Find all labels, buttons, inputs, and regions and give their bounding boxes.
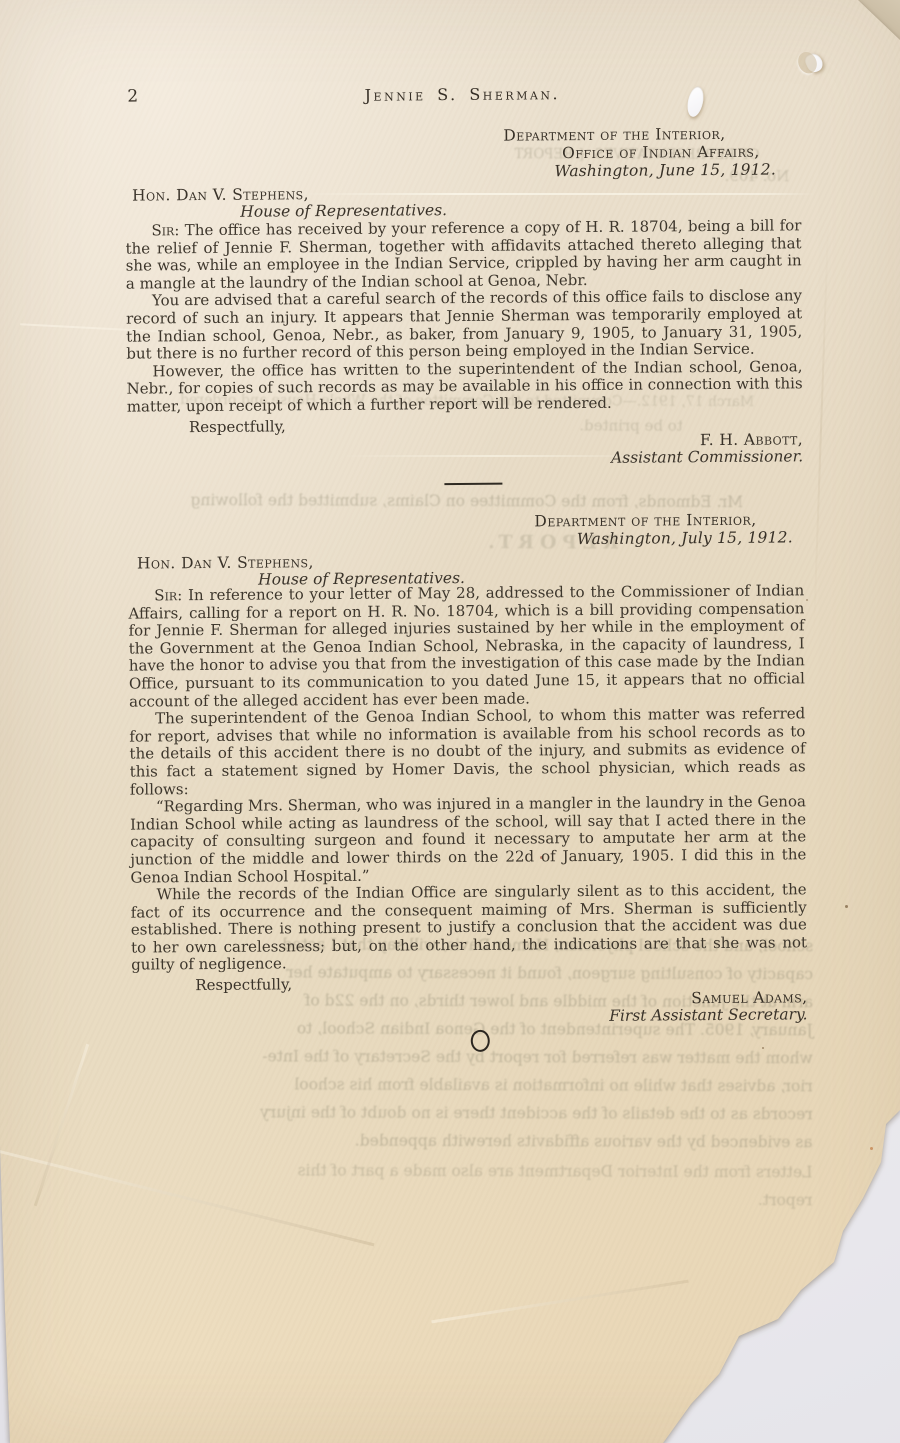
section-divider-rule (444, 483, 502, 485)
letter1-closing: Respectfully, (189, 417, 286, 436)
letter1-body: Sir: The office has received by your ref… (125, 217, 802, 416)
body-paragraph: However, the office has written to the s… (126, 358, 802, 416)
body-paragraph: “Regarding Mrs. Sherman, who was injured… (130, 793, 807, 886)
paper-sheet: OF REPRESENTATIVES. { REPORTNo. 409.Marc… (0, 0, 900, 1443)
letter2-body: Sir: In reference to your letter of May … (128, 582, 807, 974)
printers-ring-mark (471, 1030, 490, 1052)
letter1-heading: Department of the Interior, Office of In… (125, 124, 801, 183)
printed-content: 2 Jennie S. Sherman. Department of the I… (0, 0, 900, 1443)
body-paragraph: Sir: In reference to your letter of May … (128, 582, 805, 710)
letter1-recipient-title: House of Representatives. (240, 201, 447, 221)
body-paragraph: The superintendent of the Genoa Indian S… (129, 705, 806, 798)
letter2-heading: Department of the Interior, Washington, … (128, 510, 804, 551)
body-paragraph: You are advised that a careful search of… (126, 288, 803, 364)
body-paragraph: While the records of the Indian Office a… (131, 881, 808, 974)
body-paragraph: Sir: The office has received by your ref… (125, 217, 802, 293)
paper-surface: OF REPRESENTATIVES. { REPORTNo. 409.Marc… (0, 0, 900, 1443)
letter2-closing: Respectfully, (195, 975, 292, 994)
scanned-document-page: { "colors":{"paper":"#e9dfc8","ink":"#3a… (0, 0, 900, 1443)
